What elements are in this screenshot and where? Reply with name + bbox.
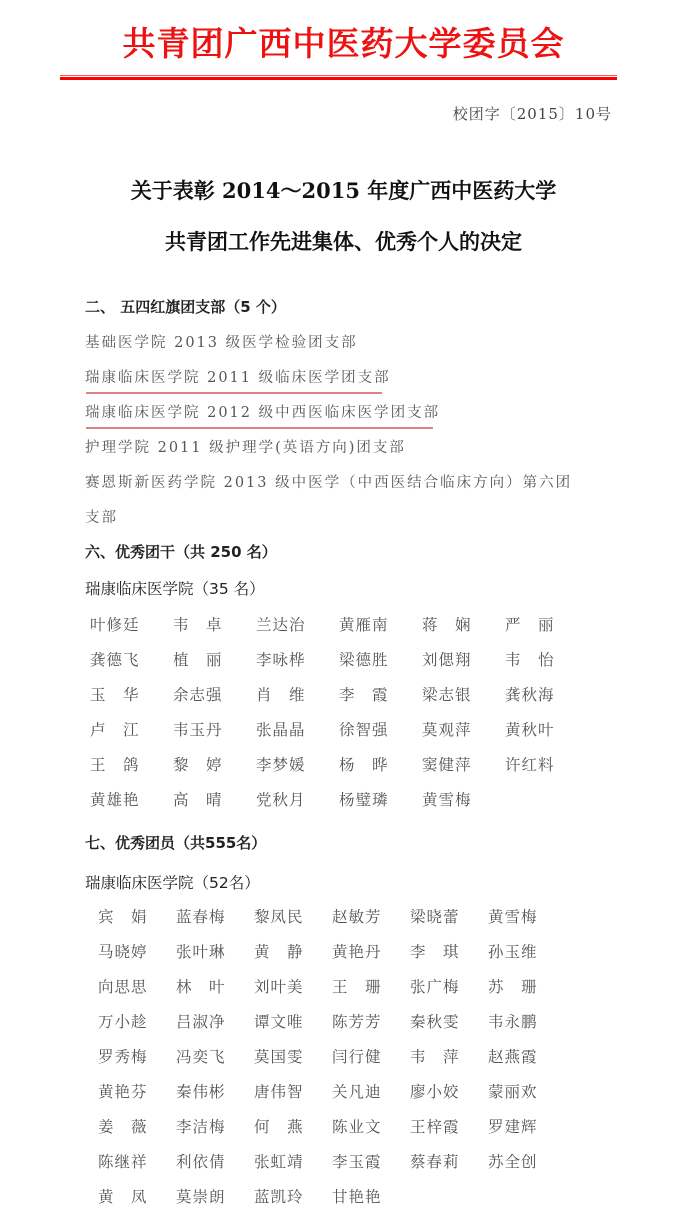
name-entry: 苏全创 — [488, 1150, 566, 1185]
name-entry: 甘艳艳 — [332, 1185, 410, 1216]
name-entry: 卢 江 — [90, 718, 173, 753]
list-item: 赛恩斯新医药学院 2013 级中医学（中西医结合临床方向）第六团 — [85, 471, 572, 492]
name-entry: 张虹靖 — [254, 1150, 332, 1185]
name-entry: 韦永鹏 — [488, 1010, 566, 1045]
name-entry: 黄艳芬 — [98, 1080, 176, 1115]
red-rule-thin — [60, 75, 617, 76]
name-entry: 刘叶美 — [254, 975, 332, 1010]
highlight-underline — [86, 392, 382, 394]
name-entry: 莫国雯 — [254, 1045, 332, 1080]
section-two-heading: 二、 五四红旗团支部（5 个） — [85, 296, 286, 317]
name-entry: 姜 薇 — [98, 1115, 176, 1150]
name-entry: 廖小姣 — [410, 1080, 488, 1115]
name-entry: 韦 萍 — [410, 1045, 488, 1080]
doc-number: 校团字〔2015〕10号 — [453, 103, 612, 124]
name-entry: 张晶晶 — [256, 718, 339, 753]
name-entry: 蔡春莉 — [410, 1150, 488, 1185]
name-entry: 高 晴 — [173, 788, 256, 823]
doc-title-line-2: 共青团工作先进集体、优秀个人的决定 — [0, 226, 687, 256]
list-item: 瑞康临床医学院 2012 级中西医临床医学团支部 — [85, 401, 440, 422]
name-entry: 唐伟智 — [254, 1080, 332, 1115]
name-entry: 余志强 — [173, 683, 256, 718]
name-entry: 梁志银 — [422, 683, 505, 718]
doc-title-line-1: 关于表彰 2014～2015 年度广西中医药大学 — [0, 175, 687, 205]
name-entry: 罗秀梅 — [98, 1045, 176, 1080]
name-entry: 万小趁 — [98, 1010, 176, 1045]
name-entry: 李洁梅 — [176, 1115, 254, 1150]
section-six-heading: 六、优秀团干（共 250 名） — [85, 541, 277, 562]
name-entry: 王 珊 — [332, 975, 410, 1010]
name-entry: 黄雁南 — [339, 613, 422, 648]
name-entry: 莫观萍 — [422, 718, 505, 753]
name-entry: 肖 维 — [256, 683, 339, 718]
list-item: 护理学院 2011 级护理学(英语方向)团支部 — [85, 436, 406, 457]
name-entry: 关凡迪 — [332, 1080, 410, 1115]
name-entry: 窦健萍 — [422, 753, 505, 788]
name-entry: 莫崇朗 — [176, 1185, 254, 1216]
name-entry: 宾 娟 — [98, 905, 176, 940]
name-entry: 陈芳芳 — [332, 1010, 410, 1045]
name-entry: 杨璧璘 — [339, 788, 422, 823]
name-entry: 张叶琳 — [176, 940, 254, 975]
name-entry: 何 燕 — [254, 1115, 332, 1150]
name-entry: 张广梅 — [410, 975, 488, 1010]
list-item: 基础医学院 2013 级医学检验团支部 — [85, 331, 358, 352]
name-entry: 向思思 — [98, 975, 176, 1010]
section-seven-heading: 七、优秀团员（共555名） — [85, 832, 266, 853]
name-entry: 蒋 娴 — [422, 613, 505, 648]
section-seven-subheading: 瑞康临床医学院（52名） — [85, 871, 260, 893]
name-entry: 韦 卓 — [173, 613, 256, 648]
name-entry: 闫行健 — [332, 1045, 410, 1080]
name-entry: 李玉霞 — [332, 1150, 410, 1185]
section-six-subheading: 瑞康临床医学院（35 名） — [85, 577, 265, 599]
name-entry: 王 鸽 — [90, 753, 173, 788]
name-entry: 陈业文 — [332, 1115, 410, 1150]
name-entry: 蒙丽欢 — [488, 1080, 566, 1115]
name-entry: 黄 静 — [254, 940, 332, 975]
name-entry: 谭文唯 — [254, 1010, 332, 1045]
name-entry: 李 霞 — [339, 683, 422, 718]
name-entry: 梁德胜 — [339, 648, 422, 683]
name-entry: 龚德飞 — [90, 648, 173, 683]
name-entry: 陈继祥 — [98, 1150, 176, 1185]
list-item: 支部 — [85, 506, 118, 527]
name-entry: 严 丽 — [505, 613, 588, 648]
name-entry: 玉 华 — [90, 683, 173, 718]
name-entry: 黄雪梅 — [422, 788, 505, 823]
name-entry: 秦伟彬 — [176, 1080, 254, 1115]
name-entry: 李 琪 — [410, 940, 488, 975]
name-entry: 黄秋叶 — [505, 718, 588, 753]
name-entry: 李咏桦 — [256, 648, 339, 683]
name-entry: 叶修廷 — [90, 613, 173, 648]
name-entry: 杨 晔 — [339, 753, 422, 788]
name-entry: 黄雪梅 — [488, 905, 566, 940]
name-entry: 林 叶 — [176, 975, 254, 1010]
name-entry: 梁晓蕾 — [410, 905, 488, 940]
red-rule-thick — [60, 77, 617, 80]
name-entry: 黄艳丹 — [332, 940, 410, 975]
name-entry: 冯奕飞 — [176, 1045, 254, 1080]
name-entry: 韦玉丹 — [173, 718, 256, 753]
name-entry: 黄 凤 — [98, 1185, 176, 1216]
name-entry: 蓝春梅 — [176, 905, 254, 940]
list-item: 瑞康临床医学院 2011 级临床医学团支部 — [85, 366, 391, 387]
name-entry: 刘偲翔 — [422, 648, 505, 683]
name-entry: 赵燕霞 — [488, 1045, 566, 1080]
name-entry: 党秋月 — [256, 788, 339, 823]
name-entry: 蓝凯玲 — [254, 1185, 332, 1216]
name-entry: 韦 怡 — [505, 648, 588, 683]
name-entry: 罗建辉 — [488, 1115, 566, 1150]
name-entry: 利依倩 — [176, 1150, 254, 1185]
name-entry: 苏 珊 — [488, 975, 566, 1010]
name-entry: 赵敏芳 — [332, 905, 410, 940]
name-entry: 兰达治 — [256, 613, 339, 648]
name-entry: 黎凤民 — [254, 905, 332, 940]
name-entry: 李梦媛 — [256, 753, 339, 788]
name-entry: 黎 婷 — [173, 753, 256, 788]
name-entry: 黄雄艳 — [90, 788, 173, 823]
name-entry: 马晓婷 — [98, 940, 176, 975]
name-entry: 许红料 — [505, 753, 588, 788]
name-entry: 龚秋海 — [505, 683, 588, 718]
name-grid-members: 宾 娟蓝春梅黎凤民赵敏芳梁晓蕾黄雪梅马晓婷张叶琳黄 静黄艳丹李 琪孙玉维向思思林… — [98, 905, 566, 1216]
name-entry: 植 丽 — [173, 648, 256, 683]
name-entry: 秦秋雯 — [410, 1010, 488, 1045]
org-title: 共青团广西中医药大学委员会 — [0, 18, 687, 65]
name-entry: 王梓霞 — [410, 1115, 488, 1150]
highlight-underline — [86, 427, 433, 429]
name-entry: 孙玉维 — [488, 940, 566, 975]
name-grid-cadres: 叶修廷韦 卓兰达治黄雁南蒋 娴严 丽龚德飞植 丽李咏桦梁德胜刘偲翔韦 怡玉 华余… — [90, 613, 588, 823]
name-entry: 徐智强 — [339, 718, 422, 753]
name-entry: 吕淑净 — [176, 1010, 254, 1045]
